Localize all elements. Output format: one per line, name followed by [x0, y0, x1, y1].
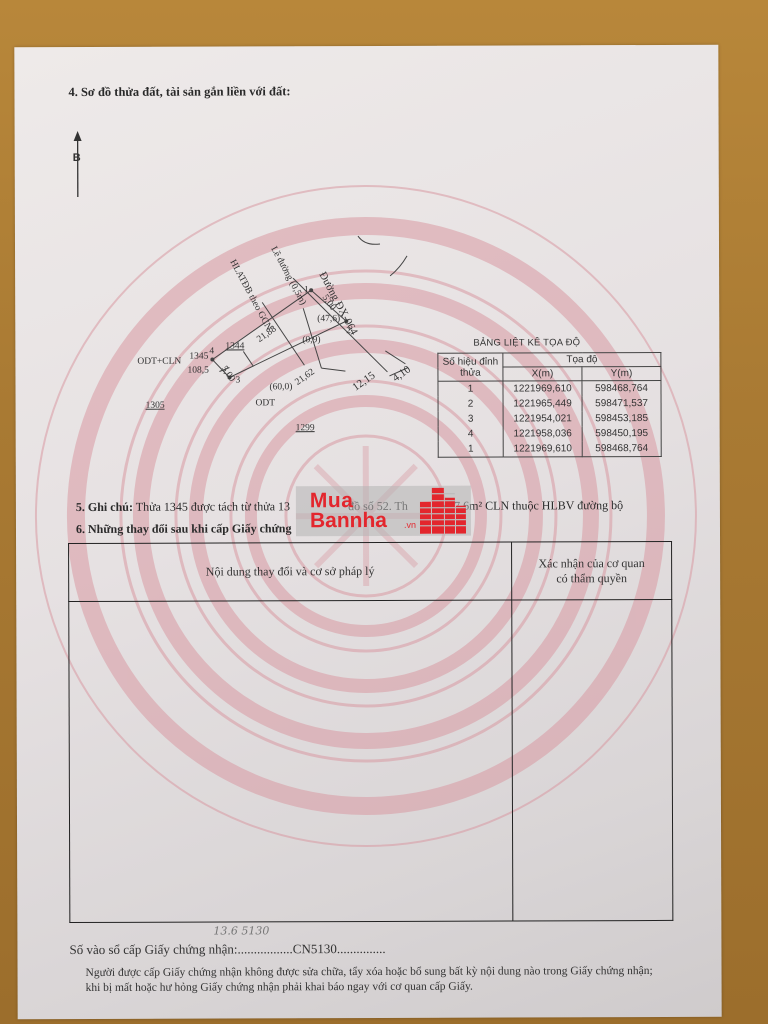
changes-content-cell: [69, 600, 513, 923]
header-point: Số hiệu đỉnh thửa: [438, 353, 503, 381]
svg-text:(0,9): (0,9): [302, 334, 320, 345]
table-row: 1 1221969,610 598468,764: [438, 380, 661, 396]
x-cell: 1221965,449: [503, 396, 582, 411]
svg-text:108,5: 108,5: [187, 366, 209, 376]
buildings-icon: [420, 488, 466, 534]
handwritten-note: 13.6 5130: [213, 924, 269, 937]
changes-col2-header: Xác nhận của cơ quan có thẩm quyền: [512, 541, 672, 600]
svg-text:B: B: [73, 152, 81, 164]
col2-header-line1: Xác nhận của cơ quan: [513, 555, 670, 571]
registry-value: CN5130: [293, 941, 337, 956]
svg-text:12,15: 12,15: [350, 369, 378, 393]
coordinate-table: Số hiệu đỉnh thửa Tọa độ X(m) Y(m) 1 122…: [437, 352, 661, 458]
registry-label: Số vào sổ cấp Giấy chứng nhận:: [69, 941, 237, 957]
y-cell: 598468,764: [582, 441, 661, 457]
x-cell: 1221954,021: [503, 411, 582, 426]
point-cell: 4: [438, 427, 503, 442]
svg-text:1344: 1344: [225, 341, 244, 351]
y-cell: 598450,195: [582, 426, 661, 441]
svg-text:HLATĐB theo GCN: HLATĐB theo GCN: [227, 258, 273, 332]
svg-text:Đường ĐX-064: Đường ĐX-064: [316, 270, 360, 337]
point-cell: 3: [438, 412, 503, 427]
svg-text:1299: 1299: [296, 423, 315, 433]
svg-text:ODT: ODT: [256, 398, 276, 408]
svg-text:1305: 1305: [146, 401, 165, 411]
note-label: 5. Ghi chú:: [76, 500, 133, 514]
table-row: 1 1221969,610 598468,764: [438, 441, 661, 457]
logo-suffix: .vn: [404, 520, 416, 530]
table-row: 4 1221958,036 598450,195: [438, 426, 661, 442]
svg-text:Lề đường (0,5m): Lề đường (0,5m): [268, 245, 308, 307]
logo-line2: Bannha: [310, 509, 387, 533]
point-cell: 2: [438, 397, 503, 412]
col2-header-line2: có thẩm quyền: [513, 570, 670, 586]
header-x: X(m): [503, 367, 582, 381]
svg-text:(60,0): (60,0): [269, 381, 292, 392]
point-cell: 1: [438, 381, 503, 397]
svg-text:(47,6): (47,6): [317, 313, 340, 324]
point-cell: 1: [438, 442, 503, 458]
y-cell: 598453,185: [582, 411, 661, 426]
y-cell: 598471,537: [582, 396, 661, 411]
section-6-title: 6. Những thay đổi sau khi cấp Giấy chứng: [76, 521, 292, 537]
x-cell: 1221969,610: [503, 381, 582, 397]
table-row: 2 1221965,449 598471,537: [438, 396, 661, 412]
changes-col1-header: Nội dung thay đổi và cơ sở pháp lý: [69, 542, 512, 602]
header-y: Y(m): [582, 366, 661, 380]
note-text: Thửa 1345 được tách từ thửa 13: [136, 499, 290, 514]
svg-text:1345: 1345: [189, 352, 208, 362]
svg-text:4,10: 4,10: [390, 363, 413, 384]
changes-confirmation-cell: [512, 599, 673, 921]
x-cell: 1221958,036: [503, 426, 582, 441]
y-cell: 598468,764: [582, 380, 661, 396]
header-coords: Tọa độ: [503, 352, 661, 367]
registry-line: Số vào sổ cấp Giấy chứng nhận:..........…: [69, 941, 385, 958]
warning-text: Người được cấp Giấy chứng nhận không đượ…: [86, 964, 666, 996]
muabannha-watermark-logo: Mua Bannha .vn: [296, 486, 471, 537]
svg-text:ODT+CLN: ODT+CLN: [137, 357, 181, 367]
svg-text:5,00: 5,00: [219, 364, 237, 384]
x-cell: 1221969,610: [503, 441, 582, 457]
svg-text:4: 4: [209, 347, 214, 357]
changes-table: Nội dung thay đổi và cơ sở pháp lý Xác n…: [68, 541, 673, 923]
svg-text:21,62: 21,62: [293, 367, 316, 388]
coordinate-table-title: BẢNG LIỆT KÊ TỌA ĐỘ: [473, 337, 580, 348]
certificate-page: 4. Sơ đồ thửa đất, tài sản gắn liền với …: [14, 45, 721, 1019]
table-row: 3 1221954,021 598453,185: [438, 411, 661, 427]
svg-text:1: 1: [304, 285, 309, 295]
